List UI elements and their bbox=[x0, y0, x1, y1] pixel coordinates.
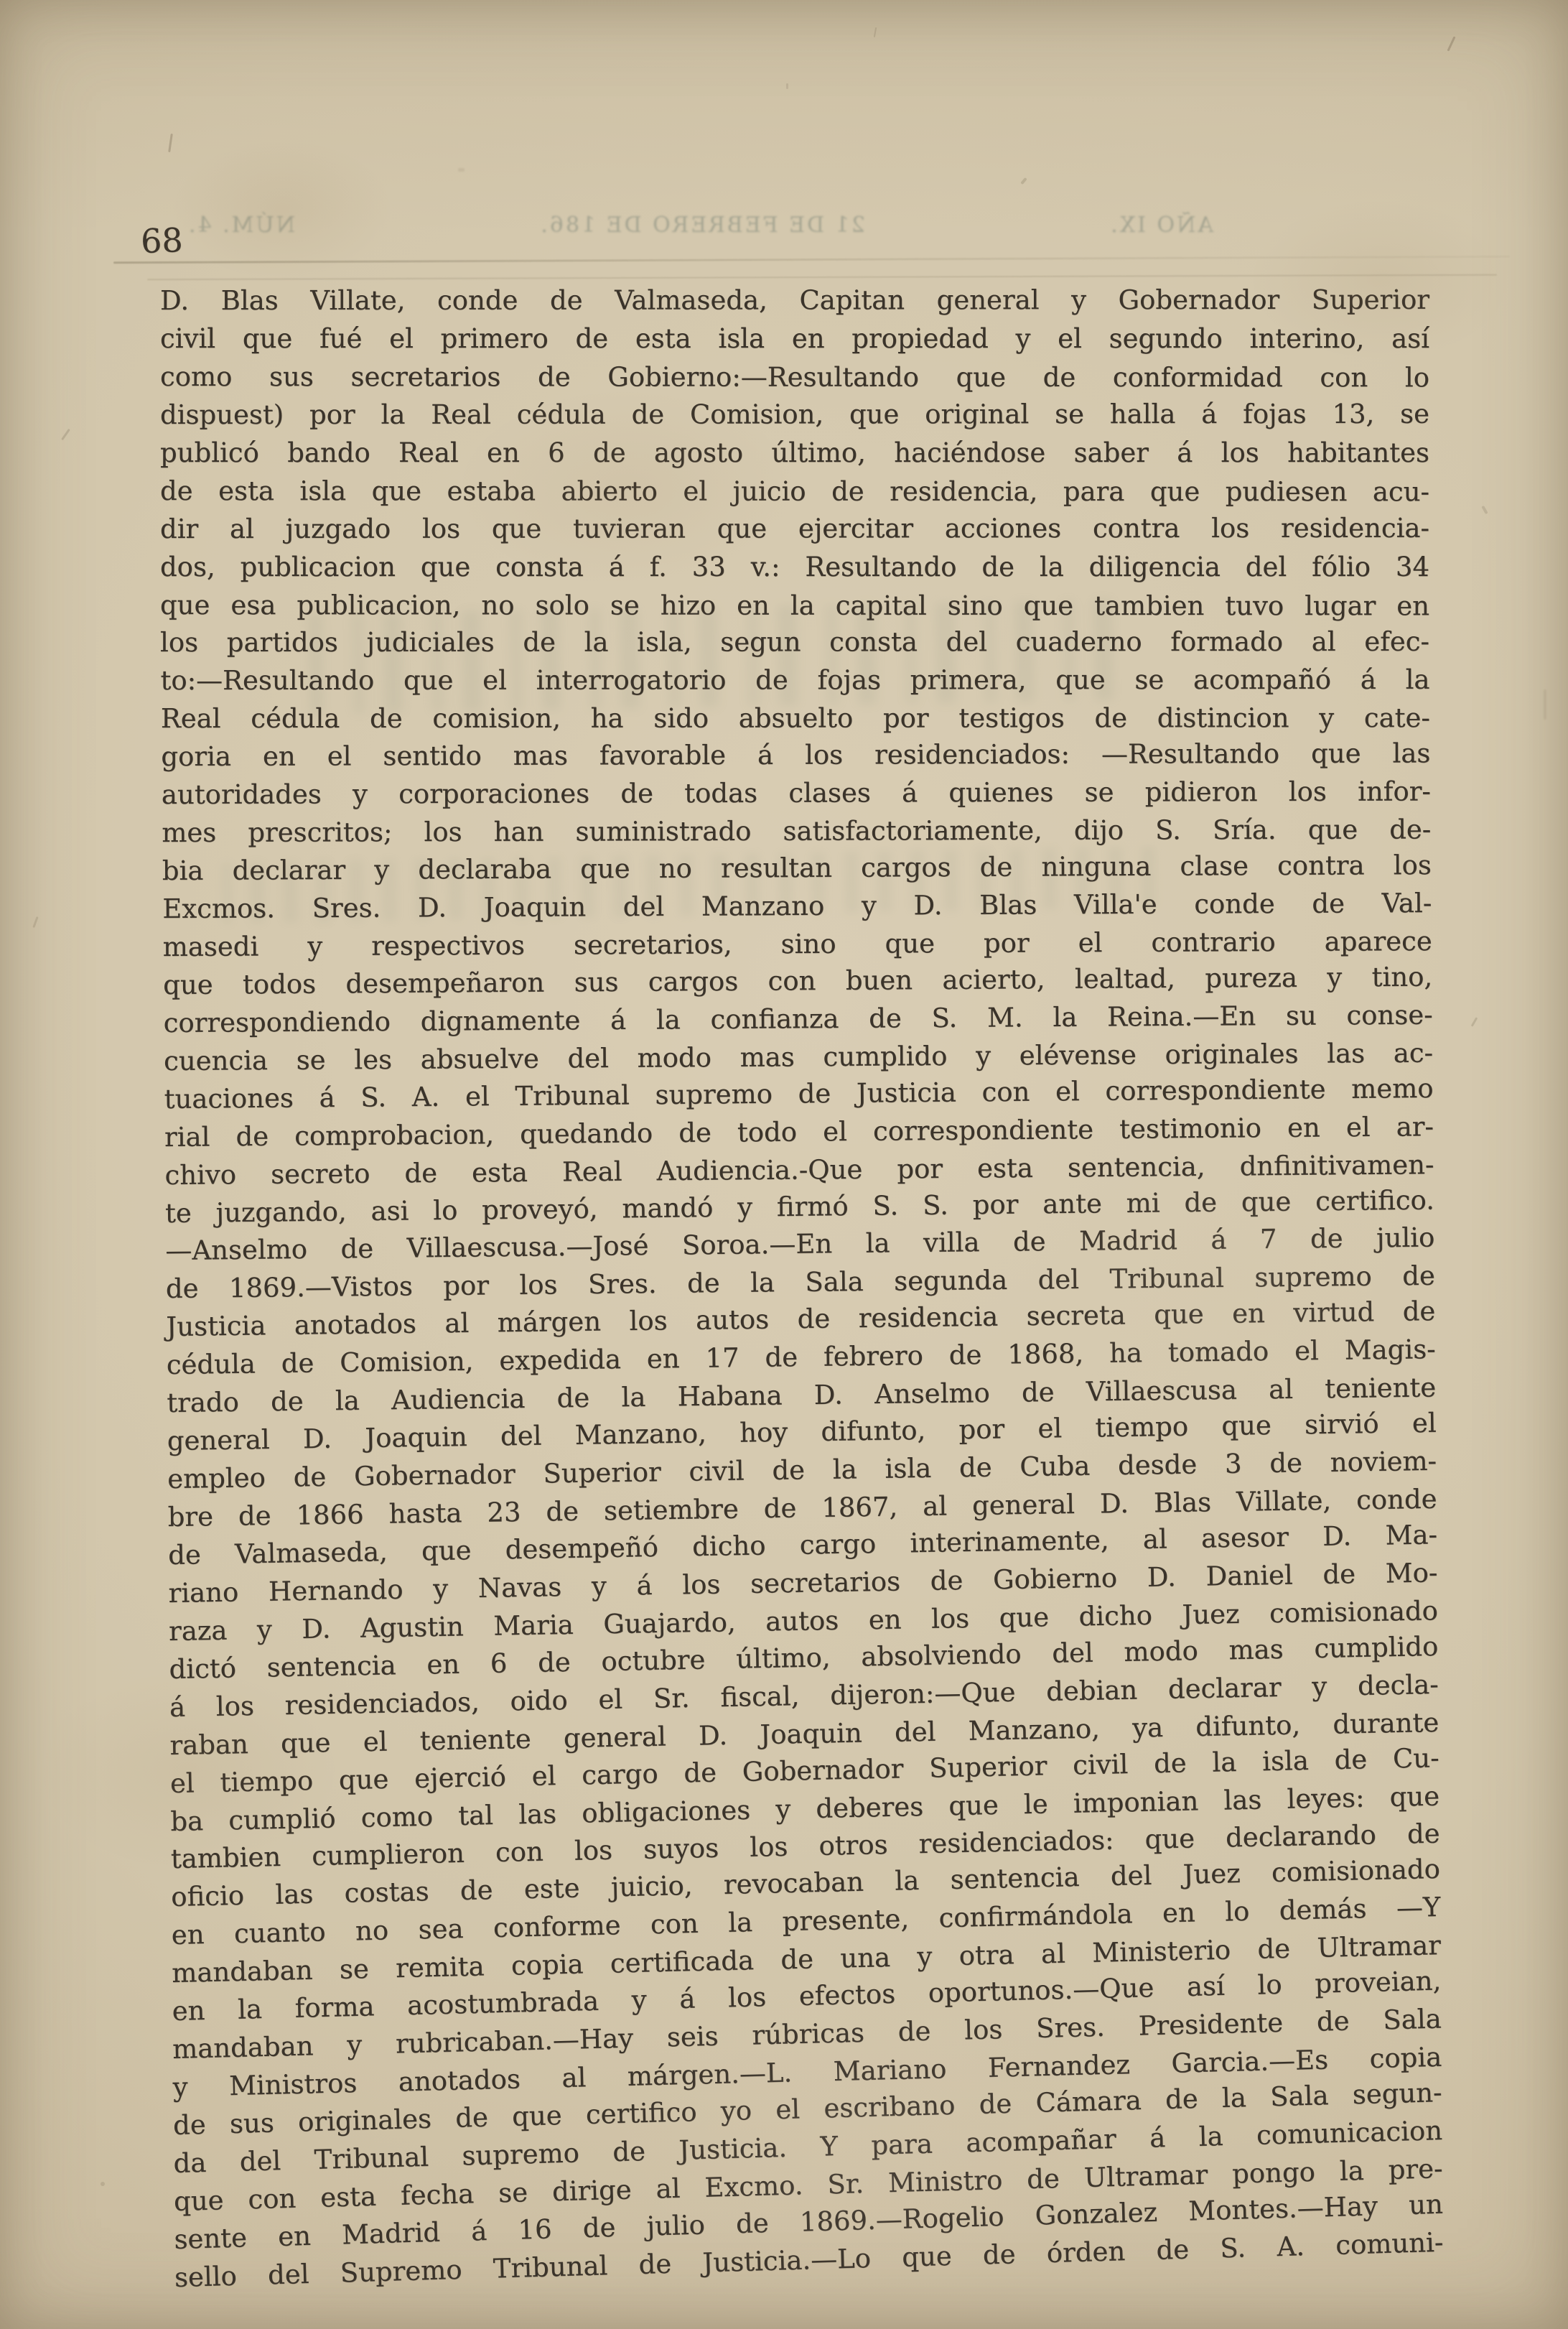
paper-fleck bbox=[1481, 506, 1488, 514]
header-rule bbox=[113, 256, 1510, 264]
text-line: dispuest) por la Real cédula de Comision… bbox=[160, 396, 1429, 434]
text-line: como sus secretarios de Gobierno:—Result… bbox=[160, 358, 1429, 397]
text-line: Real cédula de comision, ha sido absuelt… bbox=[161, 699, 1430, 738]
scanned-page: AÑO IX. 21 DE FEBRERO DE 186. NÚM. 4. 68… bbox=[0, 0, 1568, 2329]
text-line: dos, publicacion que consta á f. 33 v.: … bbox=[160, 549, 1429, 587]
text-line: mes prescritos; los han suministrado sat… bbox=[162, 811, 1431, 852]
paper-fleck bbox=[874, 27, 877, 37]
text-line: que esa publicacion, no solo se hizo en … bbox=[160, 587, 1429, 626]
text-line: dir al juzgado los que tuvieran que ejer… bbox=[160, 509, 1429, 548]
text-line: Excmos. Sres. D. Joaquin del Manzano y D… bbox=[162, 885, 1432, 929]
paper-fleck bbox=[458, 168, 465, 172]
paper-fleck bbox=[1471, 1017, 1478, 1027]
text-line: de esta isla que estaba abierto el juici… bbox=[160, 473, 1429, 511]
text-line: civil que fué el primero de esta isla en… bbox=[160, 320, 1429, 358]
text-line: los partidos judiciales de la isla, segu… bbox=[160, 623, 1429, 662]
bleedthrough-left: AÑO IX. bbox=[1109, 213, 1213, 238]
paper-fleck bbox=[32, 916, 38, 928]
text-line: publicó bando Real en 6 de agosto último… bbox=[160, 434, 1429, 473]
paper-fleck bbox=[101, 2182, 105, 2186]
body-text: D. Blas Villate, conde de Valmaseda, Cap… bbox=[160, 282, 1429, 2297]
bleedthrough-right: NÚM. 4. bbox=[187, 213, 295, 238]
paper-fleck bbox=[1447, 36, 1455, 51]
text-line: D. Blas Villate, conde de Valmaseda, Cap… bbox=[160, 282, 1429, 320]
paper-fleck bbox=[786, 83, 788, 89]
text-line: goria en el sentido mas favorable á los … bbox=[161, 735, 1430, 777]
text-line: bia declarar y declaraba que no resultan… bbox=[162, 847, 1432, 891]
paper-fleck bbox=[168, 134, 173, 152]
paper-fleck bbox=[61, 429, 70, 440]
page-number: 68 bbox=[140, 220, 183, 261]
bleedthrough-header: AÑO IX. 21 DE FEBRERO DE 186. NÚM. 4. bbox=[187, 208, 1213, 241]
text-line: autoridades y corporaciones de todas cla… bbox=[162, 773, 1431, 815]
header-rule-faint bbox=[147, 274, 1497, 281]
text-line: to:—Resultando que el interrogatorio de … bbox=[160, 661, 1429, 700]
paper-fleck bbox=[1544, 689, 1546, 720]
bleedthrough-center: 21 DE FEBRERO DE 186. bbox=[538, 213, 864, 238]
paper-fleck bbox=[1020, 177, 1027, 185]
